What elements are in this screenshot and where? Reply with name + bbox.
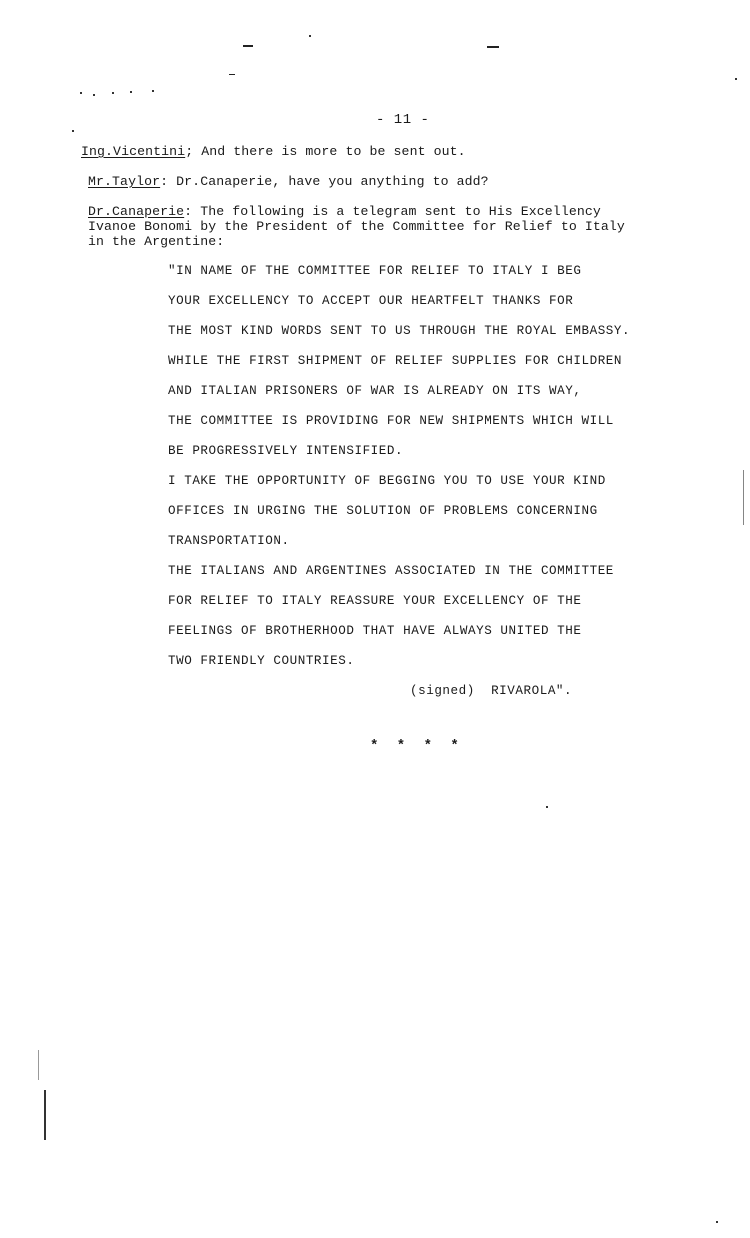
scan-artifact [243,45,253,47]
telegram-line: TWO FRIENDLY COUNTRIES. [168,654,354,668]
dialogue-line-vicentini: Ing.Vicentini; And there is more to be s… [81,144,466,159]
dialogue-text: The following is a telegram sent to His … [192,204,601,219]
scan-artifact [487,46,499,48]
signature: (signed) RIVAROLA". [410,684,572,698]
scan-artifact [130,91,132,93]
telegram-line: BE PROGRESSIVELY INTENSIFIED. [168,444,403,458]
telegram-line: THE ITALIANS AND ARGENTINES ASSOCIATED I… [168,564,614,578]
telegram-line: FEELINGS OF BROTHERHOOD THAT HAVE ALWAYS… [168,624,581,638]
dialogue-continuation: in the Argentine: [88,234,224,249]
telegram-line: WHILE THE FIRST SHIPMENT OF RELIEF SUPPL… [168,354,622,368]
scan-artifact [152,90,154,92]
speaker-name: Dr.Canaperie [88,204,184,219]
telegram-line: OFFICES IN URGING THE SOLUTION OF PROBLE… [168,504,598,518]
telegram-line: AND ITALIAN PRISONERS OF WAR IS ALREADY … [168,384,581,398]
scan-artifact [72,130,74,132]
scan-artifact [93,94,95,96]
dialogue-text: And there is more to be sent out. [193,144,465,159]
dialogue-continuation: Ivanoe Bonomi by the President of the Co… [88,219,625,234]
end-marker: * * * * [370,738,464,754]
scan-artifact [309,35,311,37]
telegram-line: YOUR EXCELLENCY TO ACCEPT OUR HEARTFELT … [168,294,573,308]
scan-edge-mark [38,1050,39,1080]
telegram-line: THE MOST KIND WORDS SENT TO US THROUGH T… [168,324,630,338]
dialogue-line-taylor: Mr.Taylor: Dr.Canaperie, have you anythi… [88,174,489,189]
dialogue-text: Dr.Canaperie, have you anything to add? [168,174,489,189]
page-number: - 11 - [376,112,429,128]
scan-artifact [546,806,548,808]
scan-artifact [80,92,82,94]
telegram-line: I TAKE THE OPPORTUNITY OF BEGGING YOU TO… [168,474,606,488]
telegram-line: TRANSPORTATION. [168,534,290,548]
speaker-name: Ing.Vicentini [81,144,185,159]
telegram-line: THE COMMITTEE IS PROVIDING FOR NEW SHIPM… [168,414,614,428]
speaker-name: Mr.Taylor [88,174,160,189]
scan-artifact [229,74,235,75]
document-page: - 11 - Ing.Vicentini; And there is more … [0,0,750,1238]
scan-artifact [716,1221,718,1223]
scan-artifact [735,78,737,80]
telegram-line: "IN NAME OF THE COMMITTEE FOR RELIEF TO … [168,264,581,278]
scan-edge-mark [743,470,744,525]
scan-edge-mark [44,1090,46,1140]
scan-artifact [112,92,114,94]
dialogue-line-canaperie: Dr.Canaperie: The following is a telegra… [88,204,601,219]
telegram-line: FOR RELIEF TO ITALY REASSURE YOUR EXCELL… [168,594,581,608]
